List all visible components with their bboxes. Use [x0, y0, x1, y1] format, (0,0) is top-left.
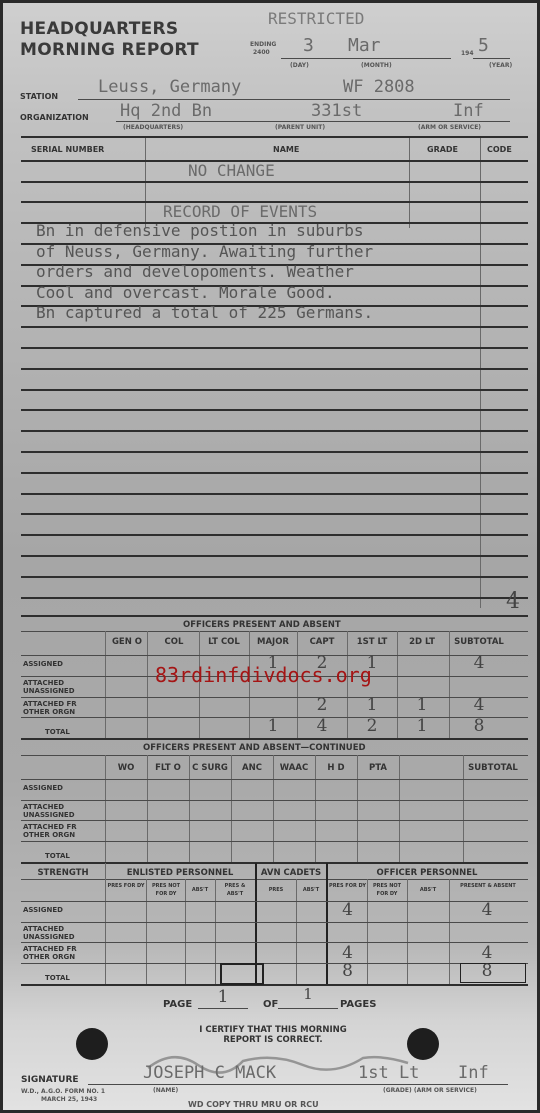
cont-row-label-attached-unassigned: ATTACHED UNASSIGNED — [23, 803, 103, 819]
strength-row-attached-unassigned: ATTACHED UNASSIGNED — [23, 925, 103, 941]
year-caption: (YEAR) — [489, 62, 512, 69]
record-of-events-text: Bn in defensive postion in suburbsof Neu… — [36, 221, 373, 324]
group-avn-cadets: AVN CADETS — [257, 868, 325, 878]
strength-label: STRENGTH — [23, 868, 103, 878]
cell-officer-attached-pres: 4 — [328, 943, 367, 963]
cell-total-1st-lt: 2 — [347, 716, 397, 736]
officers-col: GEN O — [107, 637, 147, 647]
officers-col: 1ST LT — [347, 637, 397, 647]
parent-unit-caption: (PARENT UNIT) — [275, 124, 325, 131]
watermark: 83rdinfdivdocs.org — [155, 663, 372, 687]
group-officer-personnel: OFFICER PERSONNEL — [327, 868, 527, 878]
strength-col: ABS'T — [408, 886, 448, 894]
event-line: Cool and overcast. Morale Good. — [36, 283, 373, 304]
strength-row-total: TOTAL — [45, 974, 70, 982]
strength-col: PRES FOR DY — [329, 882, 366, 890]
roster-entry: NO CHANGE — [188, 161, 275, 180]
event-line: of Neuss, Germany. Awaiting further — [36, 242, 373, 263]
station-label: STATION — [20, 92, 58, 101]
arm-caption: (ARM OR SERVICE) — [418, 124, 481, 131]
wd-copy-note: WD COPY THRU MRU OR RCU — [188, 1100, 319, 1109]
certify-line-1: I CERTIFY THAT THIS MORNING — [173, 1025, 373, 1035]
cell-attached-subtotal: 4 — [449, 695, 509, 715]
officers-cont-col: C SURG — [189, 763, 231, 773]
of-label: OF — [263, 999, 278, 1010]
officers-cont-col: SUBTOTAL — [463, 763, 523, 773]
strength-col: PRESENT & ABSENT — [451, 882, 525, 890]
strength-col: PRES — [258, 886, 294, 894]
officers-col: CAPT — [297, 637, 347, 647]
total-pages: 1 — [278, 985, 338, 1003]
officers-col: SUBTOTAL — [449, 637, 509, 647]
row-label-assigned: ASSIGNED — [23, 660, 63, 668]
officers-cont-col: H D — [315, 763, 357, 773]
strength-col: PRES NOT FOR DY — [368, 882, 406, 898]
cell-assigned-subtotal: 4 — [449, 653, 509, 673]
record-of-events-heading: RECORD OF EVENTS — [163, 202, 317, 221]
officers-cont-col: WAAC — [273, 763, 315, 773]
parent-unit-value: 331st — [311, 101, 362, 121]
row-label-total: TOTAL — [45, 728, 70, 736]
cell-attached-2d-lt: 1 — [397, 695, 447, 715]
report-month: Mar — [348, 35, 381, 56]
officers-col: 2D LT — [397, 637, 447, 647]
year-prefix: 194 — [461, 50, 474, 57]
signer-arm: Inf — [458, 1063, 489, 1083]
form-title-line1: HEADQUARTERS — [20, 19, 178, 39]
strength-row-attached-other: ATTACHED FR OTHER ORGN — [23, 945, 103, 961]
classification-stamp: RESTRICTED — [268, 9, 364, 28]
event-line: Bn in defensive postion in suburbs — [36, 221, 373, 242]
officers-cont-col: WO — [105, 763, 147, 773]
station-value: Leuss, Germany — [98, 77, 241, 97]
strength-col: PRES FOR DY — [107, 882, 145, 890]
form-date: MARCH 25, 1943 — [41, 1096, 97, 1103]
signer-name: JOSEPH C MACK — [143, 1063, 276, 1083]
row-label-attached-other: ATTACHED FR OTHER ORGN — [23, 700, 103, 716]
cell-attached-capt: 2 — [297, 695, 347, 715]
headquarters-value: Hq 2nd Bn — [120, 101, 212, 121]
cell-total-capt: 4 — [297, 716, 347, 736]
ending-time-label: 2400 — [253, 49, 270, 56]
punch-hole-left — [76, 1028, 108, 1060]
cell-officer-total-pres: 8 — [328, 961, 367, 981]
officers-continued-title: OFFICERS PRESENT AND ABSENT—CONTINUED — [143, 743, 366, 753]
pages-label: PAGES — [340, 999, 376, 1010]
grade-caption: (GRADE) (ARM OR SERVICE) — [383, 1087, 477, 1094]
strength-col: ABS'T — [186, 886, 214, 894]
cell-total-major: 1 — [249, 716, 297, 736]
officers-cont-col: FLT O — [147, 763, 189, 773]
group-enlisted: ENLISTED PERSONNEL — [105, 868, 255, 878]
event-line: Bn captured a total of 225 Germans. — [36, 303, 373, 324]
cell-attached-1st-lt: 1 — [347, 695, 397, 715]
strength-col: PRES NOT FOR DY — [148, 882, 184, 898]
row-label-attached-unassigned: ATTACHED UNASSIGNED — [23, 679, 103, 695]
strength-col: PRES & ABS'T — [217, 882, 253, 898]
report-year: 5 — [478, 35, 489, 56]
officers-title: OFFICERS PRESENT AND ABSENT — [183, 620, 341, 630]
event-line: orders and developoments. Weather — [36, 262, 373, 283]
ending-label: ENDING — [250, 41, 276, 48]
form-number: W.D., A.G.O. FORM NO. 1 — [21, 1088, 105, 1095]
cell-officer-attached-total: 4 — [449, 943, 525, 963]
cell-officer-assigned-total: 4 — [449, 900, 525, 920]
cont-row-label-assigned: ASSIGNED — [23, 784, 63, 792]
officers-cont-col: ANC — [231, 763, 273, 773]
officers-col: MAJOR — [249, 637, 297, 647]
strength-col: ABS'T — [297, 886, 325, 894]
cell-total-subtotal: 8 — [449, 716, 509, 736]
col-code: CODE — [487, 145, 512, 154]
station-grid-ref: WF 2808 — [343, 77, 415, 97]
arm-value: Inf — [453, 101, 484, 121]
day-caption: (DAY) — [290, 62, 309, 69]
organization-label: ORGANIZATION — [20, 113, 89, 122]
cell-officer-assigned-pres: 4 — [328, 900, 367, 920]
signer-grade: 1st Lt — [358, 1063, 419, 1083]
col-serial-number: SERIAL NUMBER — [31, 145, 104, 154]
cont-row-label-attached-other: ATTACHED FR OTHER ORGN — [23, 823, 103, 839]
col-name: NAME — [273, 145, 299, 154]
strength-row-assigned: ASSIGNED — [23, 906, 63, 914]
signature-label: SIGNATURE — [21, 1075, 79, 1085]
page-number: 1 — [198, 987, 248, 1007]
headquarters-caption: (HEADQUARTERS) — [123, 124, 183, 131]
col-grade: GRADE — [427, 145, 458, 154]
officers-col: COL — [149, 637, 199, 647]
margin-mark: 4 — [506, 589, 520, 614]
officers-col: LT COL — [199, 637, 249, 647]
cell-officer-total-total: 8 — [449, 961, 525, 981]
officers-cont-col: PTA — [357, 763, 399, 773]
name-caption: (NAME) — [153, 1087, 178, 1094]
month-caption: (MONTH) — [361, 62, 392, 69]
form-title-line2: MORNING REPORT — [20, 40, 199, 60]
report-day: 3 — [303, 35, 314, 56]
cont-row-label-total: TOTAL — [45, 852, 70, 860]
morning-report-form: HEADQUARTERS MORNING REPORT RESTRICTED E… — [3, 3, 537, 1110]
page-label: PAGE — [163, 999, 192, 1010]
cell-total-2d-lt: 1 — [397, 716, 447, 736]
enlisted-total-box — [220, 963, 264, 985]
